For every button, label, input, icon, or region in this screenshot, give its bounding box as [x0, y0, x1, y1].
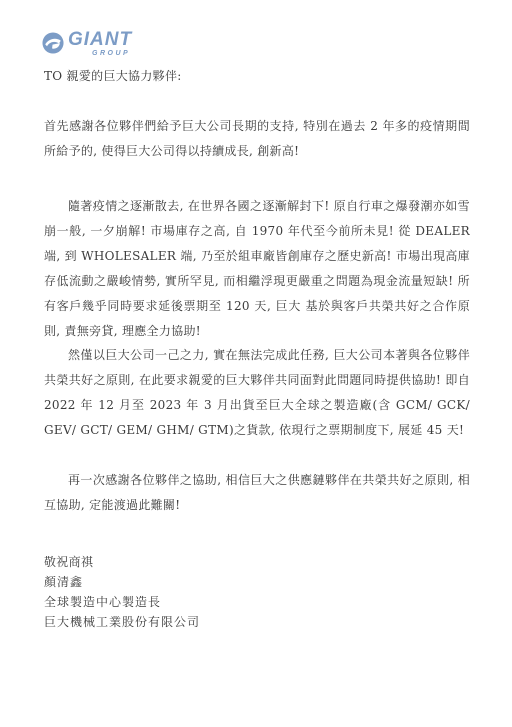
signature-title: 全球製造中心製造長: [44, 592, 200, 612]
body-paragraph-4: 再一次感謝各位夥伴之協助, 相信巨大之供應鏈夥伴在共榮共好之原則, 相互協助, …: [44, 468, 470, 518]
brand-wordmark: GIANT: [68, 30, 132, 49]
letter-document: GIANT GROUP TO 親愛的巨大協力夥伴: 首先感謝各位夥伴們給予巨大公…: [0, 0, 512, 727]
signature-company: 巨大機械工業股份有限公司: [44, 612, 200, 632]
salutation: TO 親愛的巨大協力夥伴:: [44, 64, 470, 89]
giant-logo-icon: [42, 32, 64, 54]
body-paragraph-2: 隨著疫情之逐漸散去, 在世界各國之逐漸解封下! 原自行車之爆發潮亦如雪崩一般, …: [44, 194, 470, 344]
giant-group-logo: GIANT GROUP: [42, 30, 132, 57]
brand-subtitle: GROUP: [92, 50, 132, 57]
signature-block: 顏清鑫 全球製造中心製造長 巨大機械工業股份有限公司: [44, 572, 200, 632]
body-paragraph-3: 然僅以巨大公司一己之力, 實在無法完成此任務, 巨大公司本著與各位夥伴共榮共好之…: [44, 343, 470, 443]
signature-name: 顏清鑫: [44, 572, 200, 592]
body-paragraph-1: 首先感謝各位夥伴們給予巨大公司長期的支持, 特別在過去 2 年多的疫情期間所給予…: [44, 114, 470, 164]
